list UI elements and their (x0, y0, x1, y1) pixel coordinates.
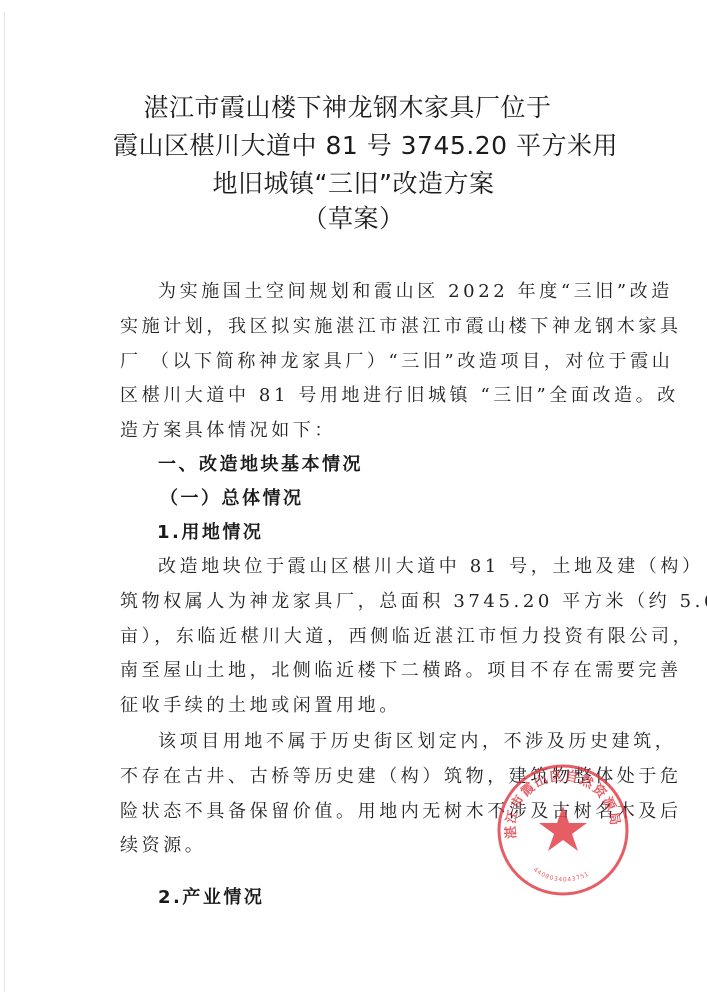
land-line-5: 征收手续的土地或闲置用地。 (120, 694, 401, 718)
item-heading-2: 2.产业情况 (158, 886, 264, 910)
intro-line-4: 区椹川大道中 81 号用地进行旧城镇 “三旧”全面改造。改 (120, 384, 679, 408)
scan-edge-line (4, 12, 5, 992)
land-line-2: 筑物权属人为神龙家具厂，总面积 3745.20 平方米（约 5.62 (120, 590, 707, 614)
item-heading-1: 1.用地情况 (157, 521, 263, 545)
intro-line-2: 实施计划，我区拟实施湛江市湛江市霞山楼下神龙钢木家具 (120, 315, 682, 339)
intro-line-5: 造方案具体情况如下： (120, 419, 336, 443)
document-title-line-1: 湛江市霞山楼下神龙钢木家具厂位于 (0, 90, 701, 126)
land-line-1: 改造地块位于霞山区椹川大道中 81 号，土地及建（构） (158, 555, 704, 579)
seal-number: 4408034043751 (532, 866, 591, 883)
intro-line-3: 厂 （以下简称神龙家具厂）“三旧”改造项目，对位于霞山 (120, 350, 673, 374)
intro-line-1: 为实施国土空间规划和霞山区 2022 年度“三旧”改造 (158, 280, 673, 304)
section-heading-1: 一、改造地块基本情况 (158, 453, 363, 477)
heritage-line-2: 不存在古井、古桥等历史建（构）筑物，建筑物整体处于危 (120, 765, 682, 789)
land-line-4: 南至屋山土地，北侧临近楼下二横路。项目不存在需要完善 (120, 659, 682, 683)
document-title-line-2: 霞山区椹川大道中 81 号 3745.20 平方米用 (12, 128, 707, 164)
svg-text:4408034043751: 4408034043751 (532, 866, 591, 883)
heritage-line-1: 该项目用地不属于历史街区划定内，不涉及历史建筑， (158, 730, 676, 754)
heritage-line-3: 险状态不具备保留价值。用地内无树木不涉及古树名木及后 (120, 800, 682, 824)
document-title-line-3: 地旧城镇“三旧”改造方案 (0, 166, 707, 202)
heritage-line-4: 续资源。 (120, 834, 206, 858)
document-title-draft-label: （草案） (0, 201, 707, 237)
land-line-3: 亩），东临近椹川大道，西侧临近湛江市恒力投资有限公司， (120, 625, 694, 649)
subsection-heading-1: （一）总体情况 (160, 487, 304, 511)
